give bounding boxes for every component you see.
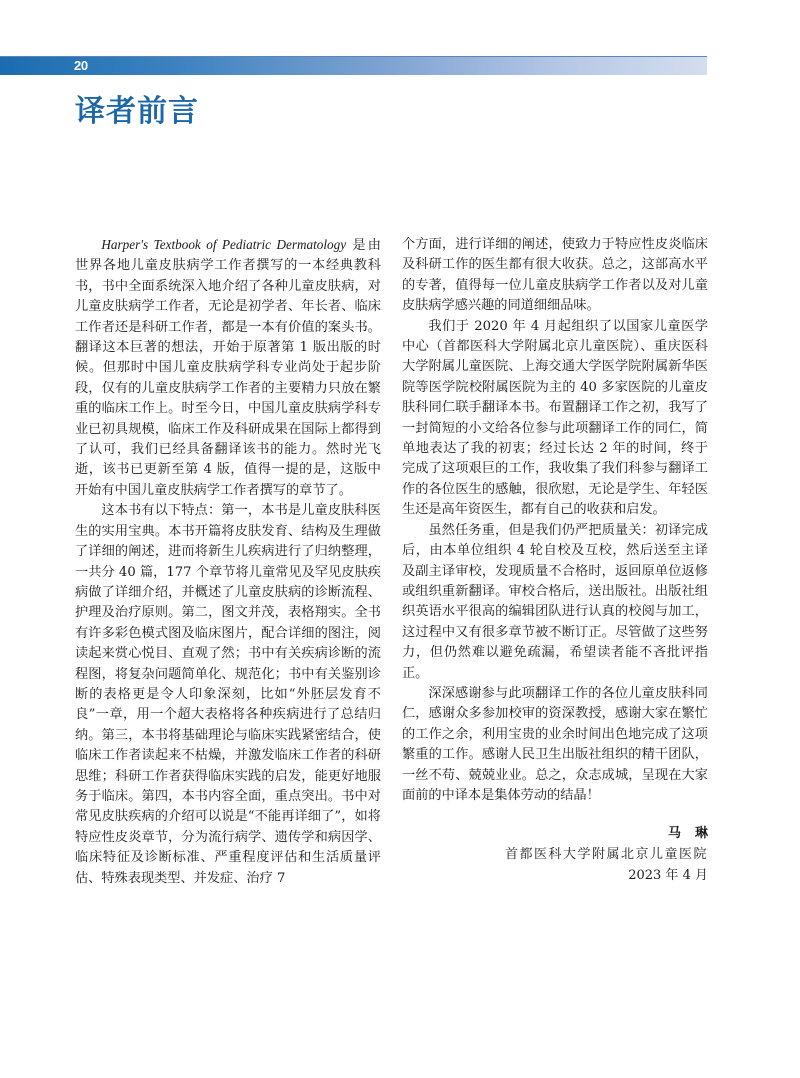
paragraph-2: 这本书有以下特点：第一，本书是儿童皮肤科医生的实用宝典。本书开篇将皮肤发育、结构… [75,501,381,889]
paragraph-4: 虽然任务重，但是我们仍严把质量关：初译完成后，由本单位组织 4 轮自校及互校，然… [402,521,708,684]
book-title: Harper's Textbook of Pediatric Dermatolo… [101,237,346,252]
right-column: 个方面，进行详细的阐述，使致力于特应性皮炎临床及科研工作的医生都有很大收获。总之… [402,235,708,806]
paragraph-1: Harper's Textbook of Pediatric Dermatolo… [75,235,381,501]
signature-date: 2023 年 4 月 [505,865,708,886]
signature-block: 马琳 首都医科大学附属北京儿童医院 2023 年 4 月 [505,823,708,886]
header-bar: 20 [0,56,707,75]
paragraph-2-continued: 个方面，进行详细的阐述，使致力于特应性皮炎临床及科研工作的医生都有很大收获。总之… [402,235,708,317]
left-column: Harper's Textbook of Pediatric Dermatolo… [75,235,381,889]
paragraph-3: 我们于 2020 年 4 月起组织了以国家儿童医学中心（首都医科大学附属北京儿童… [402,317,708,521]
paragraph-5: 深深感谢参与此项翻译工作的各位儿童皮肤科同仁，感谢众多参加校审的资深教授，感谢大… [402,684,708,806]
signature-name: 马琳 [505,823,722,844]
paragraph-1-text: 是由世界各地儿童皮肤病学工作者撰写的一本经典教科书，书中全面系统深入地介绍了各种… [75,238,381,498]
page-title: 译者前言 [75,92,199,132]
signature-affiliation: 首都医科大学附属北京儿童医院 [505,844,708,865]
page-number: 20 [74,57,88,75]
